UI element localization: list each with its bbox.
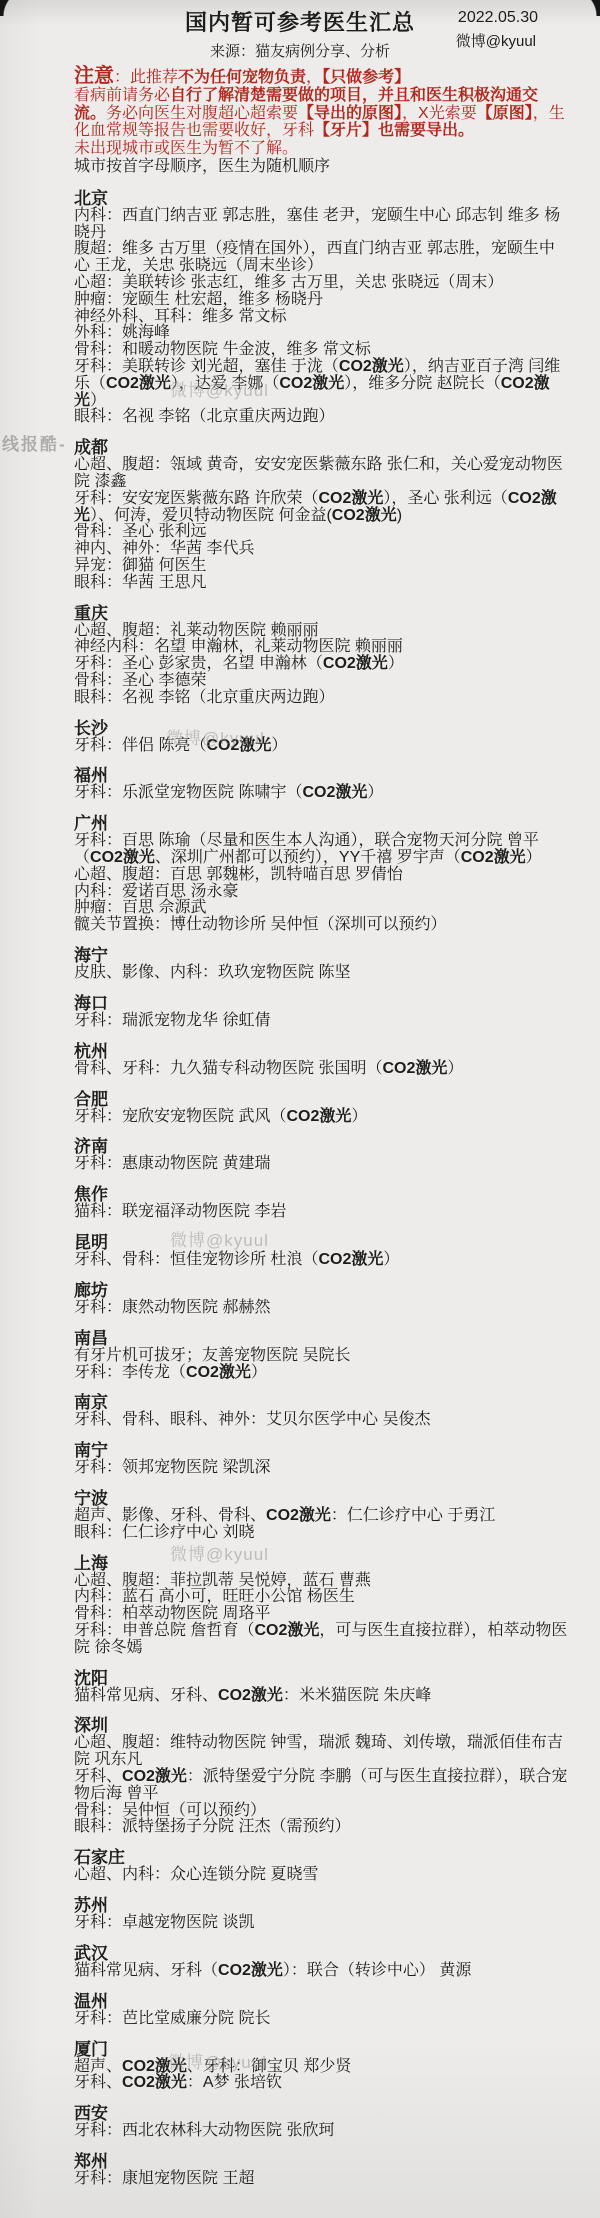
city-section: 温州牙科：芭比堂威廉分院 院长	[74, 1992, 570, 2028]
notice-segment: 此推荐	[130, 69, 178, 86]
doctor-entry: 牙科：圣心 彭家贵，名望 申瀚林（CO2激光）	[74, 656, 570, 673]
notice-segment: 注意	[74, 65, 114, 87]
city-list: 北京内科：西直门纳吉亚 郭志胜，塞佳 老尹，宠颐生中心 邱志钊 维多 杨晓丹腹超…	[74, 189, 570, 2188]
notice-segment: ，	[306, 69, 322, 86]
city-section: 苏州牙科：卓越宠物医院 谈凯	[74, 1896, 570, 1932]
city-section: 深圳心超、腹超：维特动物医院 钟雪，瑞派 魏琦、刘传墩，瑞派佰佳布吉院 巩东凡牙…	[74, 1716, 570, 1836]
city-section: 海宁皮肤、影像、内科：玖玖宠物医院 陈坚	[74, 946, 570, 982]
doctor-entry: 眼科：名视 李铭（北京重庆两边跑）	[74, 409, 570, 426]
doctor-entry: 牙科：申普总院 詹哲育（CO2激光，可与医生直接拉群），柏萃动物医院 徐冬嫣	[74, 1623, 570, 1657]
city-section: 厦门超声、CO2激光、牙科：御宝贝 郑少贤牙科、CO2激光：A梦 张培钦	[74, 2040, 570, 2093]
city-section: 成都心超、腹超：瓴域 黄奇，安安宠医紫薇东路 张仁和，关心爱宠动物医院 漆鑫牙科…	[74, 438, 570, 591]
doctor-entry: 牙科、骨科、眼科、神外：艾贝尔医学中心 吴俊杰	[74, 1412, 570, 1429]
city-section: 郑州牙科：康旭宠物医院 王超	[74, 2152, 570, 2188]
city-name: 苏州	[74, 1896, 570, 1915]
doctor-entry: 外科：姚海峰	[74, 325, 570, 342]
doctor-entry: 皮肤、影像、内科：玖玖宠物医院 陈坚	[74, 965, 570, 982]
city-name: 南昌	[74, 1329, 570, 1348]
city-name: 昆明	[74, 1233, 570, 1252]
notice-segment: ：	[114, 69, 130, 86]
doctor-entry: 眼科：派特堡扬子分院 汪杰（需预约）	[74, 1819, 570, 1836]
doctor-entry: 心超、腹超：维特动物医院 钟雪，瑞派 魏琦、刘传墩，瑞派佰佳布吉院 巩东凡	[74, 1735, 570, 1769]
city-name: 深圳	[74, 1716, 570, 1735]
city-name: 上海	[74, 1554, 570, 1573]
weibo-handle-label: 微博@kyuul	[456, 30, 536, 51]
city-name: 成都	[74, 438, 570, 457]
city-section: 石家庄心超、内科：众心连锁分院 夏晓雪	[74, 1848, 570, 1884]
doctor-entry: 心超、腹超：百思 郭魏彬，凯特喵百思 罗倩怡	[74, 867, 570, 884]
doctor-entry: 牙科、CO2激光：派特堡爱宁分院 李鹏（可与医生直接拉群），联合宠物后海 曾平	[74, 1769, 570, 1803]
doctor-entry: 心超：美联转诊 张志红，维多 古万里，关忠 张晓远（周末）	[74, 275, 570, 292]
city-name: 合肥	[74, 1090, 570, 1109]
date-label: 2022.05.30	[458, 9, 538, 27]
notice-block: 注意：此推荐不为任何宠物负责，【只做参考】看病前请务必自行了解清楚需要做的项目，…	[74, 65, 570, 157]
city-name: 厦门	[74, 2040, 570, 2059]
doctor-entry: 骨科：圣心 李德荣	[74, 673, 570, 690]
city-section: 福州牙科：乐派堂宠物医院 陈啸宇（CO2激光）	[74, 766, 570, 802]
doctor-entry: 骨科：圣心 张利远	[74, 524, 570, 541]
city-name: 焦作	[74, 1185, 570, 1204]
doctor-entry: 牙科、骨科：恒佳宠物诊所 杜浪（CO2激光）	[74, 1252, 570, 1269]
city-section: 上海心超、腹超：菲拉凯蒂 吴悦婷，蓝石 曹燕内科：蓝石 高小可，旺旺小公馆 杨医…	[74, 1554, 570, 1657]
city-section: 焦作猫科：联宠福泽动物医院 李岩	[74, 1185, 570, 1221]
doctor-entry: 肿瘤：宠颐生 杜宏超，维多 杨晓丹	[74, 292, 570, 309]
doctor-entry: 超声、影像、牙科、骨科、CO2激光：仁仁诊疗中心 于勇江	[74, 1508, 570, 1525]
notice-line: 未出现城市或医生为暂不了解。	[74, 140, 570, 158]
city-section: 北京内科：西直门纳吉亚 郭志胜，塞佳 老尹，宠颐生中心 邱志钊 维多 杨晓丹腹超…	[74, 189, 570, 426]
city-name: 武汉	[74, 1944, 570, 1963]
notice-line: 注意：此推荐不为任何宠物负责，【只做参考】	[74, 65, 570, 87]
notice-segment: 【原图】	[477, 105, 533, 122]
city-name: 宁波	[74, 1489, 570, 1508]
notice-segment: 务必向医生对腹超心超索要	[106, 105, 298, 122]
city-section: 济南牙科：惠康动物医院 黄建瑞	[74, 1137, 570, 1173]
notice-segment: 【牙片】	[314, 122, 378, 139]
doctor-entry: 骨科：柏萃动物医院 周珞平	[74, 1606, 570, 1623]
city-name: 沈阳	[74, 1669, 570, 1688]
notice-line: 看病前请务必自行了解清楚需要做的项目，并且和医生积极沟通交流。务必向医生对腹超心…	[74, 87, 570, 140]
city-section: 重庆心超、腹超：礼莱动物医院 赖丽丽神经内科：名望 申瀚林，礼莱动物医院 赖丽丽…	[74, 604, 570, 707]
city-section: 南宁牙科：领邦宠物医院 梁凯深	[74, 1441, 570, 1477]
doctor-entry: 骨科、牙科：九久猫专科动物医院 张国明（CO2激光）	[74, 1061, 570, 1078]
city-section: 广州牙科：百思 陈瑜（尽量和医生本人沟通），联合宠物天河分院 曾平（CO2激光、…	[74, 814, 570, 934]
city-section: 西安牙科：西北农林科大动物医院 张欣珂	[74, 2104, 570, 2140]
city-name: 廊坊	[74, 1281, 570, 1300]
doctor-entry: 牙科、CO2激光：A梦 张培钦	[74, 2075, 570, 2092]
doctor-entry: 心超、内科：众心连锁分院 夏晓雪	[74, 1867, 570, 1884]
doctor-entry: 牙科：伴侣 陈亮（CO2激光）	[74, 738, 570, 755]
doctor-entry: 有牙片机可拔牙；友善宠物医院 吴院长	[74, 1348, 570, 1365]
city-name: 海宁	[74, 946, 570, 965]
doctor-entry: 牙科：百思 陈瑜（尽量和医生本人沟通），联合宠物天河分院 曾平（CO2激光、深圳…	[74, 833, 570, 867]
doctor-entry: 眼科：仁仁诊疗中心 刘晓	[74, 1525, 570, 1542]
doctor-entry: 骨科：和暖动物医院 牛金波，维多 常文标	[74, 342, 570, 359]
city-section: 武汉猫科常见病、牙科（CO2激光）：联合（转诊中心） 黄源	[74, 1944, 570, 1980]
city-name: 济南	[74, 1137, 570, 1156]
doctor-entry: 牙科：李传龙（CO2激光）	[74, 1365, 570, 1382]
city-section: 昆明牙科、骨科：恒佳宠物诊所 杜浪（CO2激光）	[74, 1233, 570, 1269]
doctor-entry: 心超、腹超：瓴域 黄奇，安安宠医紫薇东路 张仁和，关心爱宠动物医院 漆鑫	[74, 457, 570, 491]
doctor-entry: 猫科常见病、牙科（CO2激光）：联合（转诊中心） 黄源	[74, 1963, 570, 1980]
page-header: 国内暂可参考医生汇总 2022.05.30 来源：猫友病例分享、分析 微博@ky…	[0, 0, 600, 61]
notice-segment: 不为任何宠物负责	[178, 69, 306, 86]
city-name: 南宁	[74, 1441, 570, 1460]
doctor-entry: 骨科：吴仲恒（可以预约）	[74, 1803, 570, 1820]
city-section: 海口牙科：瑞派宠物龙华 徐虹倩	[74, 994, 570, 1030]
doctor-summary-page: 国内暂可参考医生汇总 2022.05.30 来源：猫友病例分享、分析 微博@ky…	[0, 0, 600, 2218]
doctor-entry: 内科：西直门纳吉亚 郭志胜，塞佳 老尹，宠颐生中心 邱志钊 维多 杨晓丹	[74, 208, 570, 242]
city-section: 南昌有牙片机可拔牙；友善宠物医院 吴院长牙科：李传龙（CO2激光）	[74, 1329, 570, 1382]
doctor-entry: 牙科：领邦宠物医院 梁凯深	[74, 1460, 570, 1477]
ordering-note: 城市按首字母顺序，医生为随机顺序	[74, 158, 570, 176]
doctor-entry: 牙科：卓越宠物医院 谈凯	[74, 1915, 570, 1932]
city-name: 杭州	[74, 1042, 570, 1061]
city-section: 宁波超声、影像、牙科、骨科、CO2激光：仁仁诊疗中心 于勇江眼科：仁仁诊疗中心 …	[74, 1489, 570, 1542]
doctor-entry: 眼科：名视 李铭（北京重庆两边跑）	[74, 690, 570, 707]
notice-segment: 【导出的原图】	[298, 105, 402, 122]
doctor-entry: 眼科：华茜 王思凡	[74, 575, 570, 592]
notice-segment: ，X光索要	[402, 105, 477, 122]
doctor-entry: 神经外科、耳科：维多 常文标	[74, 309, 570, 326]
doctor-entry: 内科：爱诺百思 汤永豪	[74, 884, 570, 901]
notice-segment: 未出现城市或医生为暂不了解。	[74, 140, 298, 157]
city-section: 合肥牙科：宠欣安宠物医院 武风（CO2激光）	[74, 1090, 570, 1126]
doctor-entry: 神经内科：名望 申瀚林，礼莱动物医院 赖丽丽	[74, 639, 570, 656]
city-name: 温州	[74, 1992, 570, 2011]
doctor-entry: 髋关节置换：博仕动物诊所 吴仲恒（深圳可以预约）	[74, 917, 570, 934]
doctor-entry: 牙科：安安宠医紫薇东路 许欣荣（CO2激光），圣心 张利远（CO2激光）、何涛，…	[74, 491, 570, 525]
doctor-entry: 心超、腹超：菲拉凯蒂 吴悦婷，蓝石 曹燕	[74, 1573, 570, 1590]
city-name: 北京	[74, 189, 570, 208]
city-section: 沈阳猫科常见病、牙科、CO2激光：米米猫医院 朱庆峰	[74, 1669, 570, 1705]
doctor-entry: 腹超：维多 古万里（疫情在国外），西直门纳吉亚 郭志胜，宠颐生中心 王龙，关忠 …	[74, 241, 570, 275]
doctor-entry: 肿瘤：百思 佘源武	[74, 900, 570, 917]
city-name: 长沙	[74, 719, 570, 738]
city-section: 杭州骨科、牙科：九久猫专科动物医院 张国明（CO2激光）	[74, 1042, 570, 1078]
doctor-entry: 牙科：惠康动物医院 黄建瑞	[74, 1156, 570, 1173]
doctor-entry: 牙科：康然动物医院 郝赫然	[74, 1300, 570, 1317]
doctor-entry: 内科：蓝石 高小可，旺旺小公馆 杨医生	[74, 1589, 570, 1606]
doctor-entry: 神内、神外：华茜 李代兵	[74, 541, 570, 558]
notice-segment: 【只做参考】	[322, 69, 410, 86]
city-name: 郑州	[74, 2152, 570, 2171]
doctor-entry: 牙科：瑞派宠物龙华 徐虹倩	[74, 1013, 570, 1030]
city-section: 廊坊牙科：康然动物医院 郝赫然	[74, 1281, 570, 1317]
doctor-entry: 牙科：芭比堂威廉分院 院长	[74, 2011, 570, 2028]
city-name: 广州	[74, 814, 570, 833]
city-name: 福州	[74, 766, 570, 785]
doctor-entry: 牙科：美联转诊 刘光超，塞佳 于泷（CO2激光），纳吉亚百子湾 闫维乐（CO2激…	[74, 359, 570, 409]
city-section: 长沙牙科：伴侣 陈亮（CO2激光）	[74, 719, 570, 755]
city-name: 南京	[74, 1393, 570, 1412]
doctor-entry: 超声、CO2激光、牙科：御宝贝 郑少贤	[74, 2059, 570, 2076]
doctor-entry: 异宠：御猫 何医生	[74, 558, 570, 575]
doctor-entry: 心超、腹超：礼莱动物医院 赖丽丽	[74, 623, 570, 640]
doctor-entry: 牙科：康旭宠物医院 王超	[74, 2171, 570, 2188]
doctor-entry: 牙科：乐派堂宠物医院 陈啸宇（CO2激光）	[74, 785, 570, 802]
doctor-entry: 猫科常见病、牙科、CO2激光：米米猫医院 朱庆峰	[74, 1688, 570, 1705]
doctor-entry: 猫科：联宠福泽动物医院 李岩	[74, 1204, 570, 1221]
notice-segment: 也需要导出。	[378, 122, 474, 139]
notice-segment: 看病前请务必	[74, 87, 170, 104]
document-body: 注意：此推荐不为任何宠物负责，【只做参考】看病前请务必自行了解清楚需要做的项目，…	[0, 65, 600, 2218]
city-name: 重庆	[74, 604, 570, 623]
doctor-entry: 牙科：西北农林科大动物医院 张欣珂	[74, 2123, 570, 2140]
city-name: 石家庄	[74, 1848, 570, 1867]
city-name: 西安	[74, 2104, 570, 2123]
city-name: 海口	[74, 994, 570, 1013]
city-section: 南京牙科、骨科、眼科、神外：艾贝尔医学中心 吴俊杰	[74, 1393, 570, 1429]
doctor-entry: 牙科：宠欣安宠物医院 武风（CO2激光）	[74, 1109, 570, 1126]
